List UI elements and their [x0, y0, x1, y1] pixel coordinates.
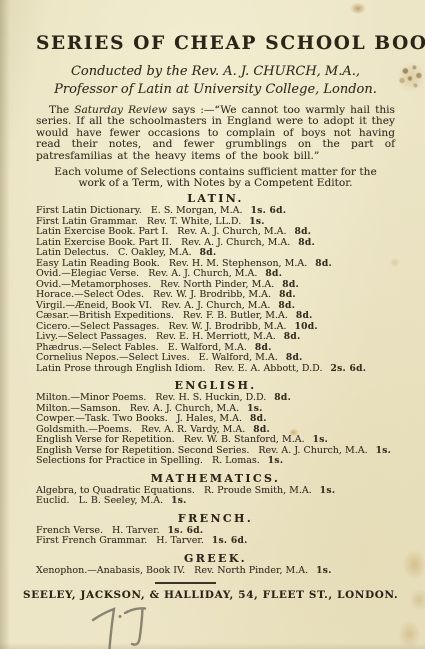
section-items: French Verse.H. Tarver.1s. 6d. First Fre…: [36, 526, 395, 547]
book-author: Rev. T. White, LL.D.: [147, 216, 241, 227]
book-list-item: Livy.—Select Passages.Rev. E. H. Merriot…: [36, 332, 395, 343]
pencil-dot: [119, 615, 122, 618]
handwritten-77-pencil-mark: [84, 601, 158, 649]
book-author: Rev. A. J. Church, M.A.: [161, 300, 270, 311]
section-items: Milton.—Minor Poems.Rev. H. S. Huckin, D…: [36, 393, 395, 467]
book-author: Rev. W. B. Stanford, M.A.: [184, 434, 305, 445]
book-title: Latin Exercise Book. Part I.: [36, 226, 168, 237]
page-bottom-edge-shadow: [0, 643, 425, 649]
book-list-item: Cowper.—Task. Two Books.J. Hales, M.A.8d…: [36, 414, 395, 425]
book-section: GREEK. Xenophon.—Anabasis, Book IV.Rev. …: [36, 552, 395, 577]
book-title: Cornelius Nepos.—Select Lives.: [36, 352, 190, 363]
book-author: Rev. H. S. Huckin, D.D.: [155, 392, 266, 403]
section-items: Algebra, to Quadratic Equations.R. Proud…: [36, 486, 395, 507]
book-price: 8d.: [200, 247, 217, 258]
book-title: Easy Latin Reading Book.: [36, 258, 160, 269]
book-title: Cæsar.—British Expeditions.: [36, 310, 174, 321]
book-price: 1s.: [249, 216, 265, 227]
book-author: Rev. A. R. Vardy, M.A.: [141, 424, 245, 435]
section-items: First Latin Dictionary.E. S. Morgan, M.A…: [36, 206, 395, 374]
book-title: Latin Exercise Book. Part II.: [36, 237, 172, 248]
book-section: MATHEMATICS. Algebra, to Quadratic Equat…: [36, 472, 395, 507]
book-author: E. Walford, M.A.: [168, 342, 247, 353]
book-price: 8d.: [286, 352, 303, 363]
book-title: Ovid.—Metamorphoses.: [36, 279, 151, 290]
scanned-book-page: SERIES OF CHEAP SCHOOL BOOKS. Conducted …: [0, 0, 425, 649]
book-title: Cicero.—Select Passages.: [36, 321, 159, 332]
review-intro: The: [49, 104, 74, 116]
book-title: Xenophon.—Anabasis, Book IV.: [36, 565, 185, 576]
publisher-imprint: SEELEY, JACKSON, & HALLIDAY, 54, FLEET S…: [23, 589, 395, 601]
book-list-item: Selections for Practice in Spelling.R. L…: [36, 456, 395, 467]
book-title: Virgil.—Æneid, Book VI.: [36, 300, 152, 311]
book-author: Rev. E. H. Merriott, M.A.: [156, 331, 276, 342]
book-price: 8d.: [279, 289, 296, 300]
book-price: 8d.: [255, 342, 272, 353]
subtitle-block: Conducted by the Rev. A. J. CHURCH, M.A.…: [36, 63, 395, 98]
book-list-item: Euclid.L. B. Seeley, M.A.1s.: [36, 496, 395, 507]
book-section: ENGLISH. Milton.—Minor Poems.Rev. H. S. …: [36, 379, 395, 467]
book-price: 8d.: [284, 331, 301, 342]
sections: LATIN. First Latin Dictionary.E. S. Morg…: [36, 192, 395, 576]
book-author: E. Walford, M.A.: [199, 352, 278, 363]
book-author: H. Tarver.: [112, 525, 160, 536]
book-title: Latin Delectus.: [36, 247, 109, 258]
book-title: First Latin Dictionary.: [36, 205, 142, 216]
book-price: 8d.: [296, 310, 313, 321]
book-author: J. Hales, M.A.: [177, 413, 242, 424]
book-author: Rev. E. A. Abbott, D.D.: [215, 363, 323, 374]
book-title: French Verse.: [36, 525, 103, 536]
book-list-item: Latin Prose through English Idiom.Rev. E…: [36, 364, 395, 375]
divider-rule: [155, 582, 216, 584]
book-price: 10d.: [295, 321, 318, 332]
book-list-item: Ovid.—Elegiac Verse.Rev. A. J. Church, M…: [36, 269, 395, 280]
book-title: Latin Prose through English Idiom.: [36, 363, 206, 374]
book-list-item: First Latin Dictionary.E. S. Morgan, M.A…: [36, 206, 395, 217]
book-price: 1s.: [313, 434, 329, 445]
book-title: Selections for Practice in Spelling.: [36, 455, 203, 466]
book-price: 8d.: [253, 424, 270, 435]
page-left-edge-shadow: [0, 0, 10, 649]
book-title: Livy.—Select Passages.: [36, 331, 147, 342]
book-section: FRENCH. French Verse.H. Tarver.1s. 6d. F…: [36, 512, 395, 547]
book-author: Rev. North Pinder, M.A.: [194, 565, 308, 576]
book-price: 8d.: [274, 392, 291, 403]
section-heading: ENGLISH.: [36, 379, 395, 392]
book-price: 1s.: [268, 455, 284, 466]
section-heading: FRENCH.: [36, 512, 395, 525]
book-title: First Latin Grammar.: [36, 216, 138, 227]
book-author: E. S. Morgan, M.A.: [151, 205, 243, 216]
book-list-item: First French Grammar.H. Tarver.1s. 6d.: [36, 536, 395, 547]
book-price: 1s. 6d.: [251, 205, 287, 216]
book-author: H. Tarver.: [156, 535, 204, 546]
book-price: 8d.: [250, 413, 267, 424]
book-list-item: Milton.—Minor Poems.Rev. H. S. Huckin, D…: [36, 393, 395, 404]
book-author: Rev. A. J. Church, M.A.: [148, 268, 257, 279]
book-price: 1s. 6d.: [168, 525, 204, 536]
book-title: Milton.—Samson.: [36, 403, 121, 414]
pencil-stroke: [132, 609, 143, 645]
book-price: 8d.: [298, 237, 315, 248]
book-title: Goldsmith.—Poems.: [36, 424, 132, 435]
book-price: 8d.: [295, 226, 312, 237]
book-price: 8d.: [278, 300, 295, 311]
review-source-name: Saturday Review: [74, 104, 167, 116]
book-title: First French Grammar.: [36, 535, 147, 546]
book-author: Rev. W. J. Brodribb, M.A.: [153, 289, 271, 300]
book-title: English Verse for Repetition. Second Ser…: [36, 445, 249, 456]
subtitle-line-1: Conducted by the Rev. A. J. CHURCH, M.A.…: [36, 63, 395, 81]
book-price: 1s.: [376, 445, 392, 456]
book-list-item: Xenophon.—Anabasis, Book IV.Rev. North P…: [36, 566, 395, 577]
book-author: Rev. H. M. Stephenson, M.A.: [169, 258, 307, 269]
book-author: Rev. F. B. Butler, M.A.: [183, 310, 288, 321]
book-author: C. Oakley, M.A.: [118, 247, 192, 258]
page-title: SERIES OF CHEAP SCHOOL BOOKS.: [36, 33, 395, 54]
book-list-item: Latin Delectus.C. Oakley, M.A.8d.: [36, 248, 395, 259]
book-price: 8d.: [282, 279, 299, 290]
book-author: Rev. North Pinder, M.A.: [160, 279, 274, 290]
book-title: Phædrus.—Select Fables.: [36, 342, 159, 353]
book-author: Rev. A. J. Church, M.A.: [181, 237, 290, 248]
book-price: 8d.: [265, 268, 282, 279]
section-heading: LATIN.: [36, 192, 395, 205]
book-author: Rev. A. J. Church, M.A.: [258, 445, 367, 456]
section-heading: GREEK.: [36, 552, 395, 565]
book-price: 8d.: [315, 258, 332, 269]
book-list-item: English Verse for Repetition.Rev. W. B. …: [36, 435, 395, 446]
book-author: Rev. A. J. Church, M.A.: [130, 403, 239, 414]
book-author: Rev. A. J. Church, M.A.: [177, 226, 286, 237]
book-list-item: Cæsar.—British Expeditions.Rev. F. B. Bu…: [36, 311, 395, 322]
book-title: Ovid.—Elegiac Verse.: [36, 268, 139, 279]
book-price: 2s. 6d.: [330, 363, 366, 374]
book-author: R. Proude Smith, M.A.: [204, 485, 312, 496]
book-title: Cowper.—Task. Two Books.: [36, 413, 168, 424]
book-list-item: Horace.—Select Odes.Rev. W. J. Brodribb,…: [36, 290, 395, 301]
book-author: Rev. W. J. Brodribb, M.A.: [168, 321, 286, 332]
page-content: SERIES OF CHEAP SCHOOL BOOKS. Conducted …: [36, 0, 395, 601]
book-list-item: Latin Exercise Book. Part I.Rev. A. J. C…: [36, 227, 395, 238]
book-author: R. Lomas.: [212, 455, 260, 466]
review-quote-paragraph: The Saturday Review says :—“We cannot to…: [36, 105, 395, 162]
foxing-stain-speckles: [397, 62, 425, 92]
book-title: Algebra, to Quadratic Equations.: [36, 485, 195, 496]
section-heading: MATHEMATICS.: [36, 472, 395, 485]
book-price: 1s.: [320, 485, 336, 496]
book-title: Euclid.: [36, 495, 70, 506]
book-price: 1s.: [247, 403, 263, 414]
subtitle-line-2: Professor of Latin at University College…: [36, 81, 395, 99]
section-items: Xenophon.—Anabasis, Book IV.Rev. North P…: [36, 566, 395, 577]
book-price: 1s.: [171, 495, 187, 506]
book-section: LATIN. First Latin Dictionary.E. S. Morg…: [36, 192, 395, 374]
book-price: 1s. 6d.: [212, 535, 248, 546]
book-title: Milton.—Minor Poems.: [36, 392, 146, 403]
book-title: Horace.—Select Odes.: [36, 289, 144, 300]
volume-note: Each volume of Selections contains suffi…: [36, 167, 395, 189]
book-title: English Verse for Repetition.: [36, 434, 175, 445]
book-author: L. B. Seeley, M.A.: [79, 495, 164, 506]
book-price: 1s.: [316, 565, 332, 576]
pencil-stroke: [93, 609, 114, 649]
